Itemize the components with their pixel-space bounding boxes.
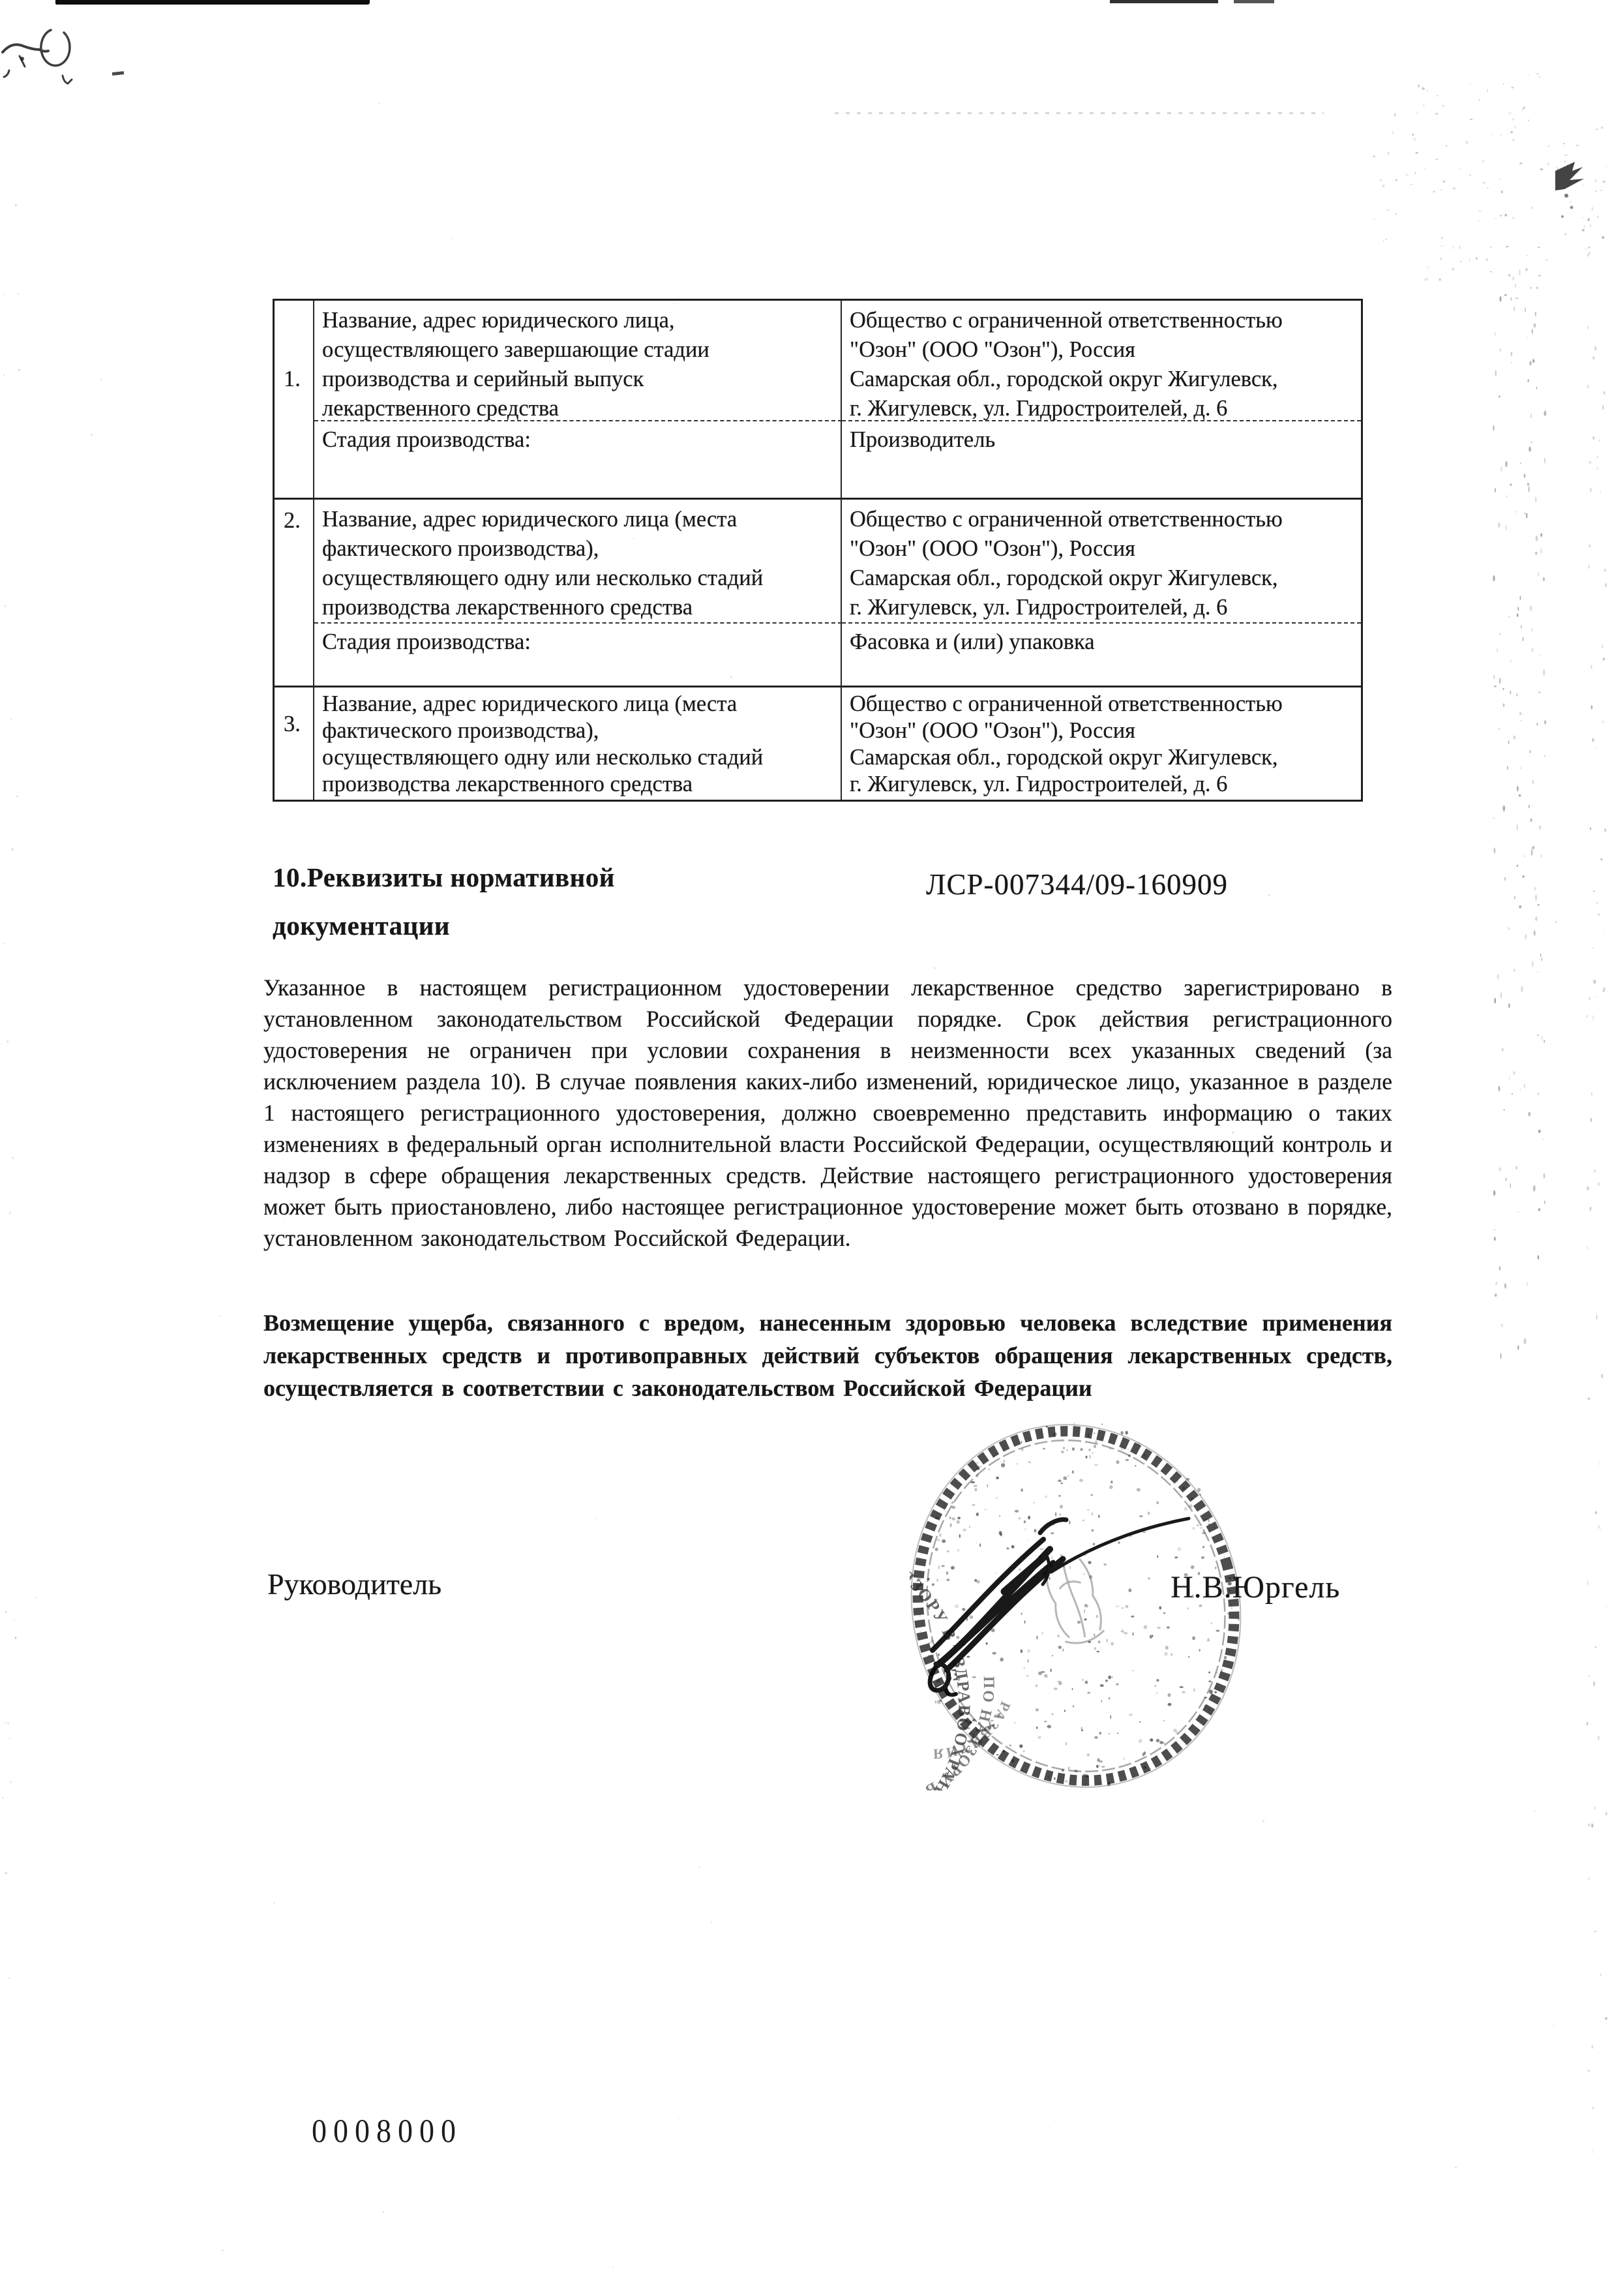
registration-number: ЛСР-007344/09-160909 bbox=[926, 868, 1228, 901]
table-row-number: 1. bbox=[275, 301, 314, 500]
manufacturers-table: 1. Название, адрес юридического лица, ос… bbox=[273, 299, 1363, 802]
signer-name: Н.В.Юргель bbox=[1171, 1569, 1340, 1605]
scanned-registration-certificate-page: { "table": { "rows": [ { "num": "1.", "l… bbox=[0, 0, 1612, 2296]
table-value-cell: Общество с ограниченной ответственностью… bbox=[842, 301, 1361, 421]
ink-blot-artifact bbox=[1555, 162, 1584, 190]
legal-paragraph: Указанное в настоящем регистрационном уд… bbox=[263, 972, 1392, 1254]
table-label-cell: Название, адрес юридического лица, осуще… bbox=[314, 301, 842, 421]
scan-edge-bar bbox=[55, 0, 370, 5]
table-label-cell: Название, адрес юридического лица (места… bbox=[314, 687, 842, 800]
scan-edge-bar bbox=[1234, 0, 1274, 3]
table-value-cell: Общество с ограниченной ответственностью… bbox=[842, 687, 1361, 800]
stage-value-cell: Производитель bbox=[842, 421, 1361, 500]
scan-dotted-line-artifact bbox=[835, 112, 1324, 114]
table-row-number: 2. bbox=[275, 500, 314, 687]
stage-label-cell: Стадия производства: bbox=[314, 624, 842, 687]
signer-role-label: Руководитель bbox=[267, 1567, 441, 1601]
table-label-cell: Название, адрес юридического лица (места… bbox=[314, 500, 842, 624]
form-serial-number: 0008000 bbox=[312, 2112, 462, 2150]
pen-squiggle-artifact bbox=[0, 20, 143, 111]
table-row-number: 3. bbox=[275, 687, 314, 800]
stage-value-cell: Фасовка и (или) упаковка bbox=[842, 624, 1361, 687]
stage-label-cell: Стадия производства: bbox=[314, 421, 842, 500]
table-value-cell: Общество с ограниченной ответственностью… bbox=[842, 500, 1361, 624]
scan-edge-bar bbox=[1110, 0, 1218, 3]
liability-paragraph: Возмещение ущерба, связанного с вредом, … bbox=[263, 1307, 1392, 1404]
section10-heading: 10.Реквизиты нормативной документации bbox=[273, 853, 615, 950]
